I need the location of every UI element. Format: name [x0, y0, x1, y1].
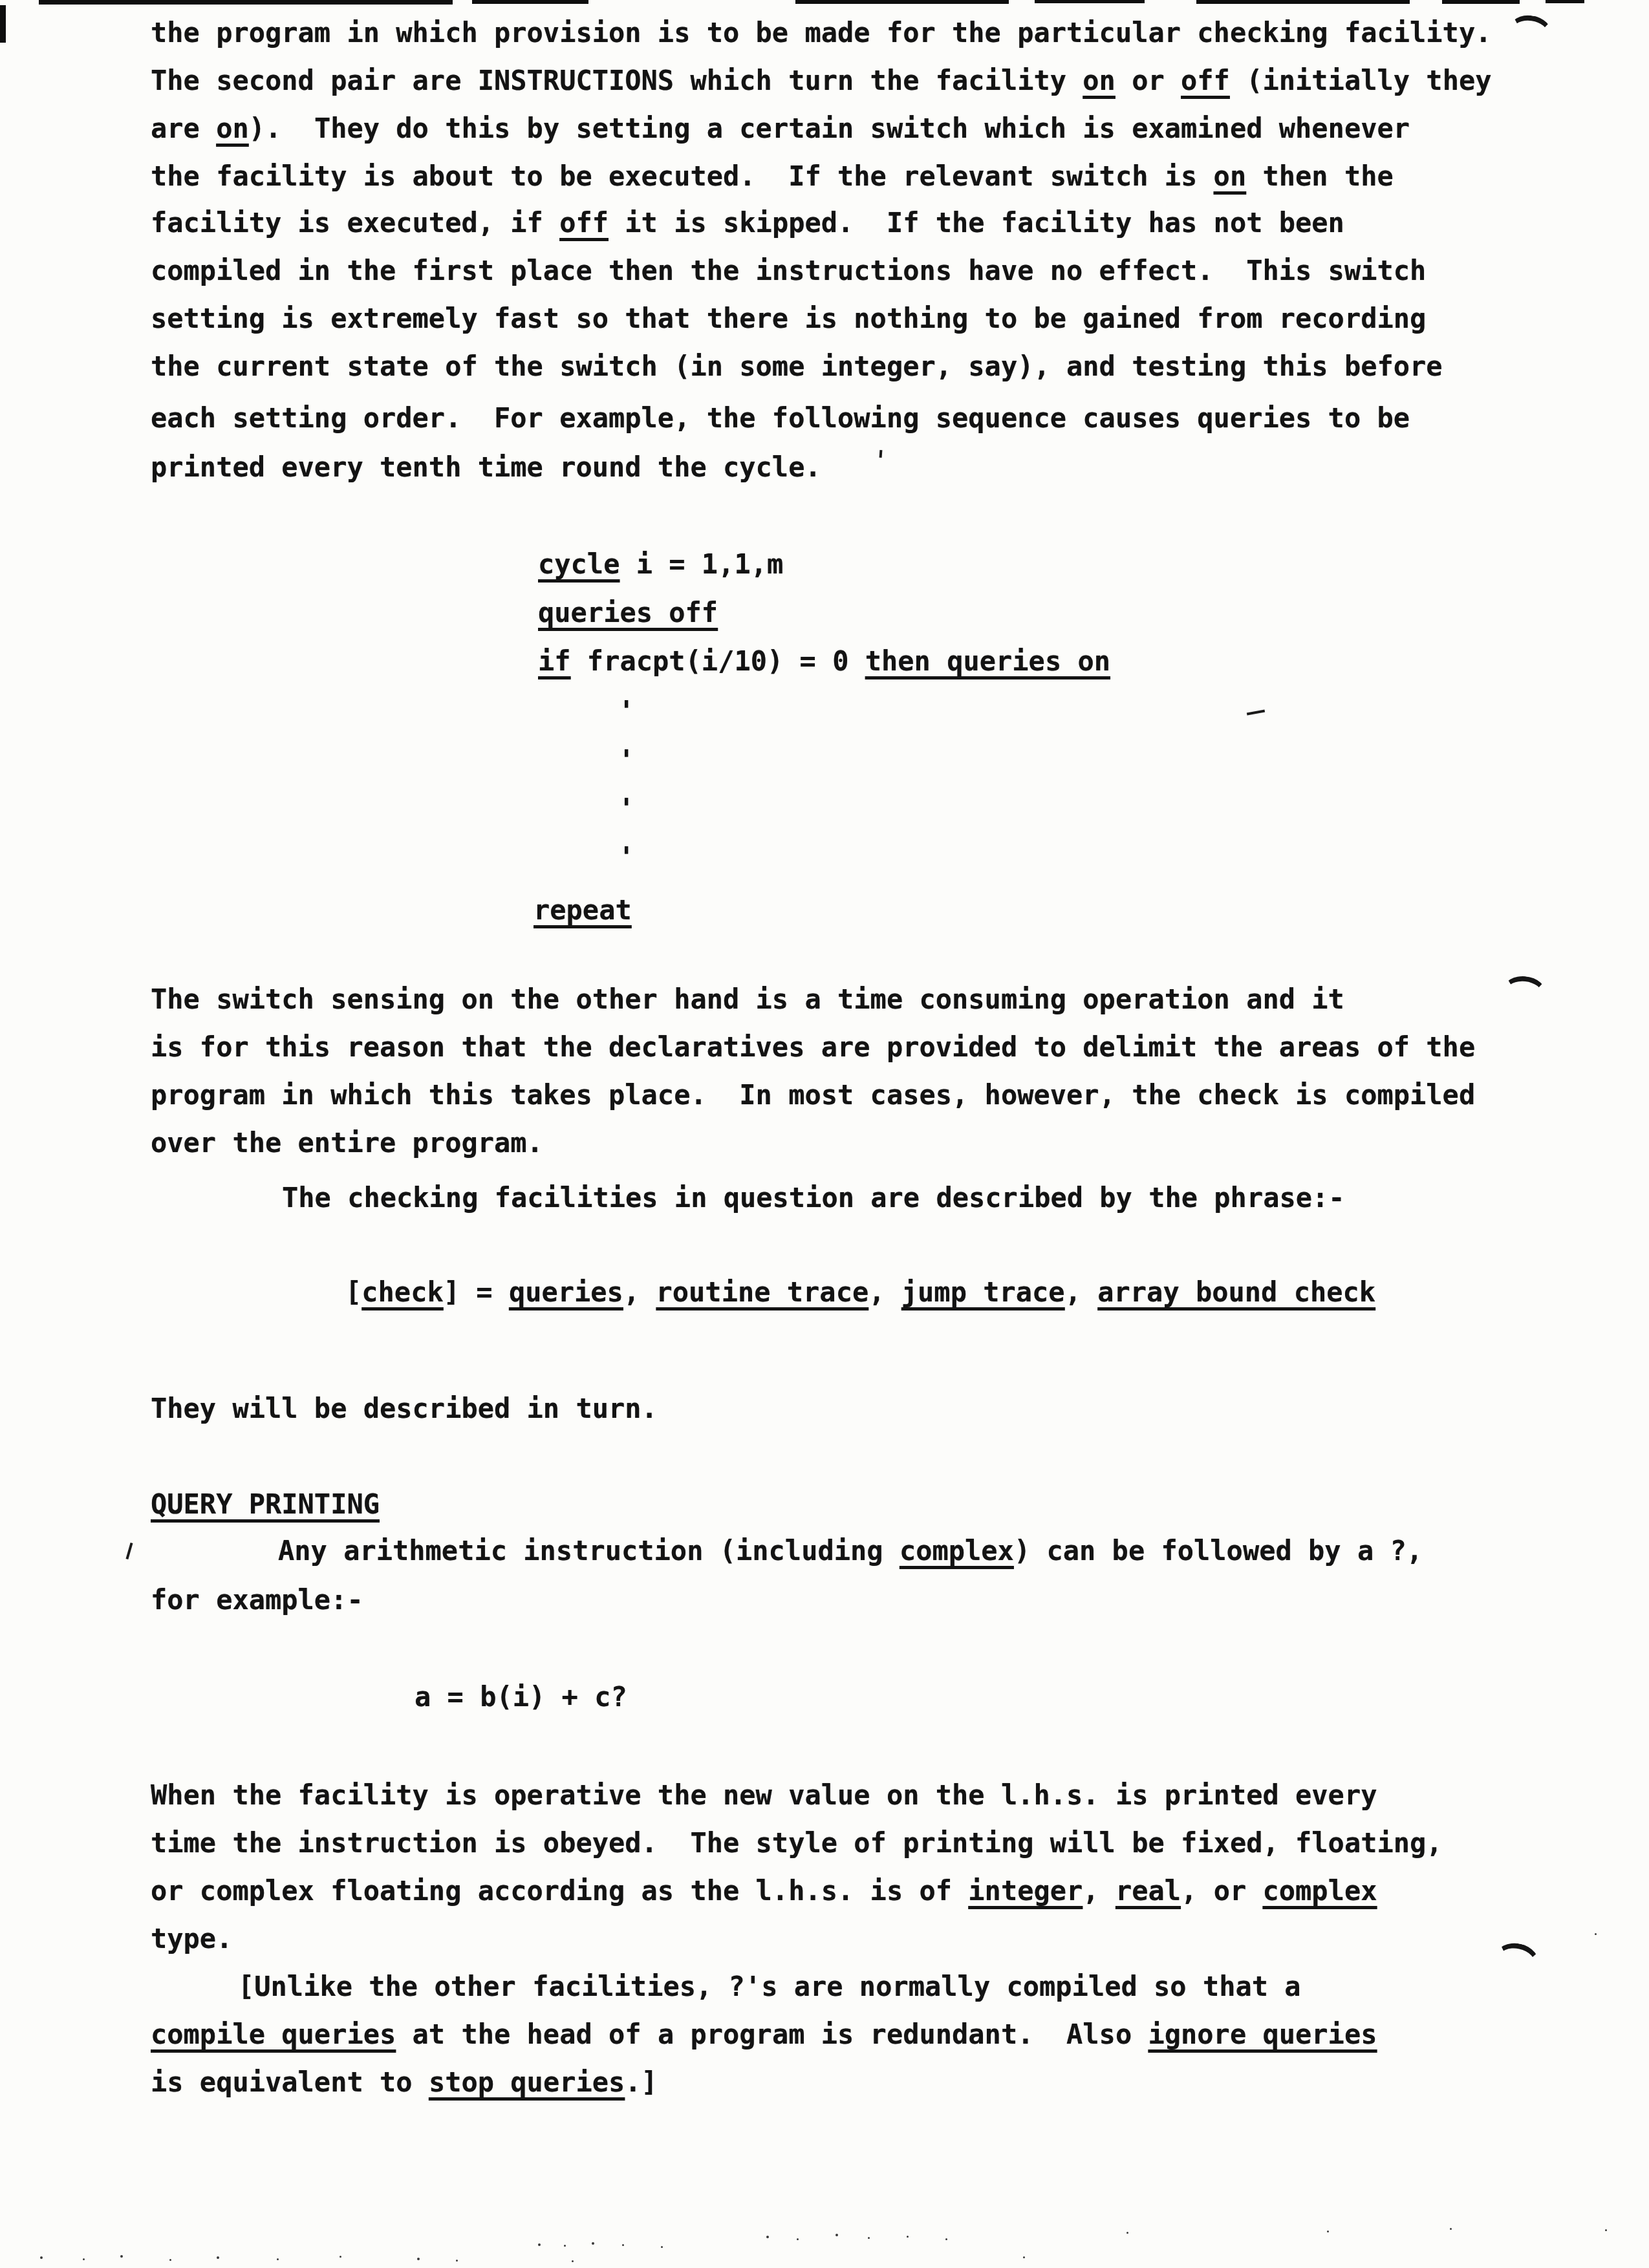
text-line: is for this reason that the declaratives…	[151, 1034, 1475, 1061]
text-segment: complex	[1263, 1875, 1377, 1907]
scanned-page: the program in which provision is to be …	[0, 0, 1649, 2268]
scan-edge-artifact	[39, 0, 453, 5]
text-segment: queries	[509, 1276, 623, 1308]
text-segment: They will be described in turn.	[151, 1393, 658, 1424]
text-segment: setting is extremely fast so that there …	[151, 303, 1426, 334]
text-segment: Any arithmetic instruction (including	[278, 1535, 900, 1567]
scan-edge-artifact	[1546, 0, 1584, 3]
scan-edge-artifact	[1196, 0, 1410, 4]
text-segment: integer	[968, 1875, 1083, 1907]
text-line: is equivalent to stop queries.]	[151, 2069, 658, 2096]
text-line: a = b(i) + c?	[415, 1684, 627, 1711]
text-segment: for example:-	[151, 1584, 363, 1616]
scan-noise-speck	[592, 2242, 594, 2245]
text-segment: The switch sensing on the other hand is …	[151, 983, 1344, 1015]
text-segment: [Unlike the other facilities, ?'s are no…	[238, 1971, 1301, 2002]
text-segment: or	[1115, 65, 1181, 96]
text-line: facility is executed, if off it is skipp…	[151, 209, 1344, 237]
scan-edge-artifact	[472, 0, 588, 4]
text-segment: cycle	[538, 548, 620, 580]
text-segment: are	[151, 112, 216, 144]
scan-noise-speck	[40, 2256, 43, 2259]
text-segment: (initially they	[1230, 65, 1492, 96]
scan-edge-artifact	[0, 5, 6, 43]
text-segment: real	[1115, 1875, 1181, 1907]
text-line: Any arithmetic instruction (including co…	[278, 1537, 1423, 1565]
text-segment: compile queries	[151, 2018, 396, 2050]
text-line: type.	[151, 1925, 232, 1952]
text-segment: , or	[1181, 1875, 1262, 1907]
text-line: The second pair are INSTRUCTIONS which t…	[151, 67, 1491, 94]
text-line: When the facility is operative the new v…	[151, 1782, 1377, 1809]
text-segment: printed every tenth time round the cycle…	[151, 451, 821, 483]
text-segment: the program in which provision is to be …	[151, 17, 1491, 48]
text-line: the current state of the switch (in some…	[151, 353, 1443, 380]
text-segment: type.	[151, 1923, 232, 1954]
text-segment: array bound check	[1097, 1276, 1375, 1308]
text-segment: QUERY PRINTING	[151, 1488, 380, 1520]
scan-noise-speck	[1327, 2231, 1329, 2232]
text-segment: The checking facilities in question are …	[282, 1182, 1345, 1214]
text-segment: on	[216, 112, 249, 144]
text-segment: stop queries	[429, 2066, 625, 2098]
text-line: compiled in the first place then the ins…	[151, 257, 1426, 284]
scan-noise-speck	[277, 2258, 279, 2260]
text-segment: the current state of the switch (in some…	[151, 350, 1443, 382]
pen-arc-mark	[1507, 13, 1553, 51]
text-segment: i = 1,1,m	[620, 548, 783, 580]
text-line: each setting order. For example, the fol…	[151, 405, 1410, 432]
text-segment: queries off	[538, 597, 718, 628]
text-segment: ,	[868, 1276, 901, 1308]
text-segment: or complex floating according as the l.h…	[151, 1875, 968, 1907]
text-segment: '	[618, 793, 634, 824]
text-segment: facility is executed, if	[151, 207, 559, 239]
text-segment: routine trace	[656, 1276, 868, 1308]
text-line: are on). They do this by setting a certa…	[151, 115, 1410, 142]
scan-noise-speck	[538, 2243, 541, 2246]
text-segment: ,	[1083, 1875, 1115, 1907]
text-line: time the instruction is obeyed. The styl…	[151, 1830, 1443, 1857]
scan-noise-speck	[169, 2259, 171, 2261]
text-segment: [	[345, 1276, 361, 1308]
scan-noise-speck	[339, 2256, 341, 2258]
scan-noise-speck	[456, 2260, 458, 2262]
scan-noise-speck	[120, 2255, 123, 2258]
pen-arc-mark	[1502, 974, 1547, 1010]
scan-edge-artifact	[1035, 0, 1145, 3]
text-line: or complex floating according as the l.h…	[151, 1878, 1377, 1905]
scan-edge-artifact	[795, 0, 1009, 4]
text-segment: the facility is about to be executed. If…	[151, 160, 1214, 192]
text-segment: repeat	[533, 894, 632, 926]
text-line: over the entire program.	[151, 1129, 543, 1157]
text-segment: is equivalent to	[151, 2066, 429, 2098]
text-segment: jump trace	[901, 1276, 1065, 1308]
text-segment: ,	[1065, 1276, 1098, 1308]
scan-noise-speck	[83, 2258, 85, 2260]
text-segment: ). They do this by setting a certain swi…	[249, 112, 1410, 144]
text-line: the program in which provision is to be …	[151, 19, 1491, 47]
scan-noise-speck	[1126, 2232, 1128, 2234]
pen-arc-mark	[1491, 1939, 1542, 1984]
scan-noise-speck	[1605, 2229, 1607, 2231]
text-segment: over the entire program.	[151, 1127, 543, 1159]
text-segment: time the instruction is obeyed. The styl…	[151, 1827, 1443, 1859]
scan-noise-speck	[564, 2245, 566, 2247]
text-line: cycle i = 1,1,m	[538, 551, 783, 578]
text-line: program in which this takes place. In mo…	[151, 1082, 1475, 1109]
text-segment: ,	[623, 1276, 656, 1308]
text-line: printed every tenth time round the cycle…	[151, 454, 821, 481]
text-segment: at the head of a program is redundant. A…	[396, 2018, 1148, 2050]
scan-noise-speck	[835, 2234, 838, 2236]
text-line: [check] = queries, routine trace, jump t…	[345, 1279, 1375, 1306]
text-line: setting is extremely fast so that there …	[151, 305, 1426, 332]
text-segment: on	[1214, 160, 1247, 192]
text-segment: complex	[900, 1535, 1014, 1567]
text-segment: fracpt(i/10) = 0	[571, 645, 865, 677]
stray-pen-tick	[125, 1543, 133, 1559]
text-segment: then the	[1246, 160, 1394, 192]
text-line: QUERY PRINTING	[151, 1491, 380, 1518]
text-segment: ignore queries	[1148, 2018, 1377, 2050]
stray-pen-tick	[1247, 710, 1265, 716]
scan-noise-speck	[1023, 2256, 1025, 2258]
text-segment: is for this reason that the declaratives…	[151, 1031, 1475, 1063]
stray-pen-tick	[879, 450, 883, 458]
text-segment: compiled in the first place then the ins…	[151, 255, 1426, 286]
text-segment: if	[538, 645, 571, 677]
text-segment: off	[559, 207, 609, 239]
scan-noise-speck	[572, 2260, 574, 2262]
scan-noise-speck	[661, 2246, 663, 2248]
text-line: '	[618, 698, 634, 725]
text-segment: '	[618, 695, 634, 727]
text-segment: each setting order. For example, the fol…	[151, 402, 1410, 434]
scan-noise-speck	[766, 2236, 769, 2238]
text-segment: on	[1083, 65, 1115, 96]
text-segment: a = b(i) + c?	[415, 1681, 627, 1713]
text-segment: then queries on	[865, 645, 1110, 677]
scan-noise-speck	[797, 2238, 799, 2240]
scan-noise-speck	[217, 2256, 219, 2259]
text-line: The checking facilities in question are …	[282, 1184, 1345, 1212]
text-line: [Unlike the other facilities, ?'s are no…	[238, 1973, 1301, 2000]
text-segment: check	[361, 1276, 443, 1308]
text-line: compile queries at the head of a program…	[151, 2021, 1377, 2048]
text-segment: .]	[625, 2066, 658, 2098]
text-line: They will be described in turn.	[151, 1395, 658, 1422]
text-line: queries off	[538, 599, 718, 626]
text-segment: The second pair are INSTRUCTIONS which t…	[151, 65, 1083, 96]
text-segment: off	[1181, 65, 1230, 96]
text-line: the facility is about to be executed. If…	[151, 163, 1394, 190]
text-line: The switch sensing on the other hand is …	[151, 986, 1344, 1013]
text-line: '	[618, 795, 634, 822]
text-line: repeat	[533, 897, 632, 924]
text-segment: '	[618, 744, 634, 776]
text-segment: When the facility is operative the new v…	[151, 1779, 1377, 1811]
scan-edge-artifact	[1442, 0, 1520, 4]
text-line: if fracpt(i/10) = 0 then queries on	[538, 648, 1110, 675]
text-segment: '	[618, 841, 634, 873]
scan-noise-speck	[1450, 2228, 1452, 2230]
text-line: for example:-	[151, 1587, 363, 1614]
text-segment: program in which this takes place. In mo…	[151, 1079, 1475, 1111]
scan-noise-speck	[868, 2237, 870, 2239]
scan-noise-speck	[1595, 1933, 1597, 1935]
scan-noise-speck	[907, 2236, 909, 2238]
text-line: '	[618, 747, 634, 774]
scan-noise-speck	[945, 2238, 947, 2240]
scan-noise-speck	[417, 2258, 420, 2260]
text-segment: it is skipped. If the facility has not b…	[609, 207, 1344, 239]
text-segment: ) can be followed by a ?,	[1014, 1535, 1423, 1567]
text-line: '	[618, 844, 634, 871]
text-segment: ] =	[444, 1276, 509, 1308]
scan-noise-speck	[622, 2244, 624, 2246]
